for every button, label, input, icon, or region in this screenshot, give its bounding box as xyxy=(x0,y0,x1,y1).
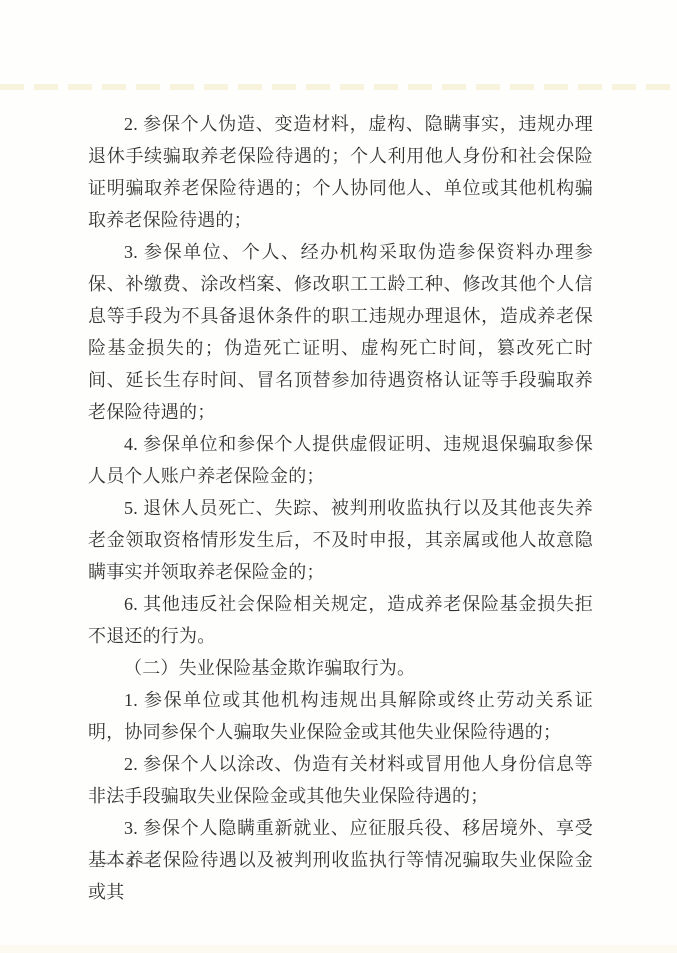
scanned-document-page: 2. 参保个人伪造、变造材料，虚构、隐瞒事实，违规办理退休手续骗取养老保险待遇的… xyxy=(0,0,677,953)
body-paragraph-pension-item-2: 2. 参保个人伪造、变造材料，虚构、隐瞒事实，违规办理退休手续骗取养老保险待遇的… xyxy=(88,108,593,236)
body-paragraph-pension-item-4: 4. 参保单位和参保个人提供虚假证明、违规退保骗取参保人员个人账户养老保险金的； xyxy=(88,428,593,492)
body-paragraph-unemployment-item-1: 1. 参保单位或其他机构违规出具解除或终止劳动关系证明，协同参保个人骗取失业保险… xyxy=(88,684,593,748)
section-heading-unemployment-insurance: （二）失业保险基金欺诈骗取行为。 xyxy=(88,652,593,684)
body-paragraph-pension-item-5: 5. 退休人员死亡、失踪、被判刑收监执行以及其他丧失养老金领取资格情形发生后，不… xyxy=(88,492,593,588)
body-paragraph-pension-item-6: 6. 其他违反社会保险相关规定，造成养老保险基金损失拒不退还的行为。 xyxy=(88,588,593,652)
body-paragraph-unemployment-item-2: 2. 参保个人以涂改、伪造有关材料或冒用他人身份信息等非法手段骗取失业保险金或其… xyxy=(88,748,593,812)
scan-artifact-bottom-band xyxy=(0,945,677,953)
page-number: — 4 — xyxy=(102,853,160,873)
body-paragraph-pension-item-3: 3. 参保单位、个人、经办机构采取伪造参保资料办理参保、补缴费、涂改档案、修改职… xyxy=(88,236,593,428)
scan-artifact-top-band xyxy=(0,84,677,90)
document-body: 2. 参保个人伪造、变造材料，虚构、隐瞒事实，违规办理退休手续骗取养老保险待遇的… xyxy=(88,108,593,908)
body-paragraph-unemployment-item-3: 3. 参保个人隐瞒重新就业、应征服兵役、移居境外、享受基本养老保险待遇以及被判刑… xyxy=(88,812,593,908)
